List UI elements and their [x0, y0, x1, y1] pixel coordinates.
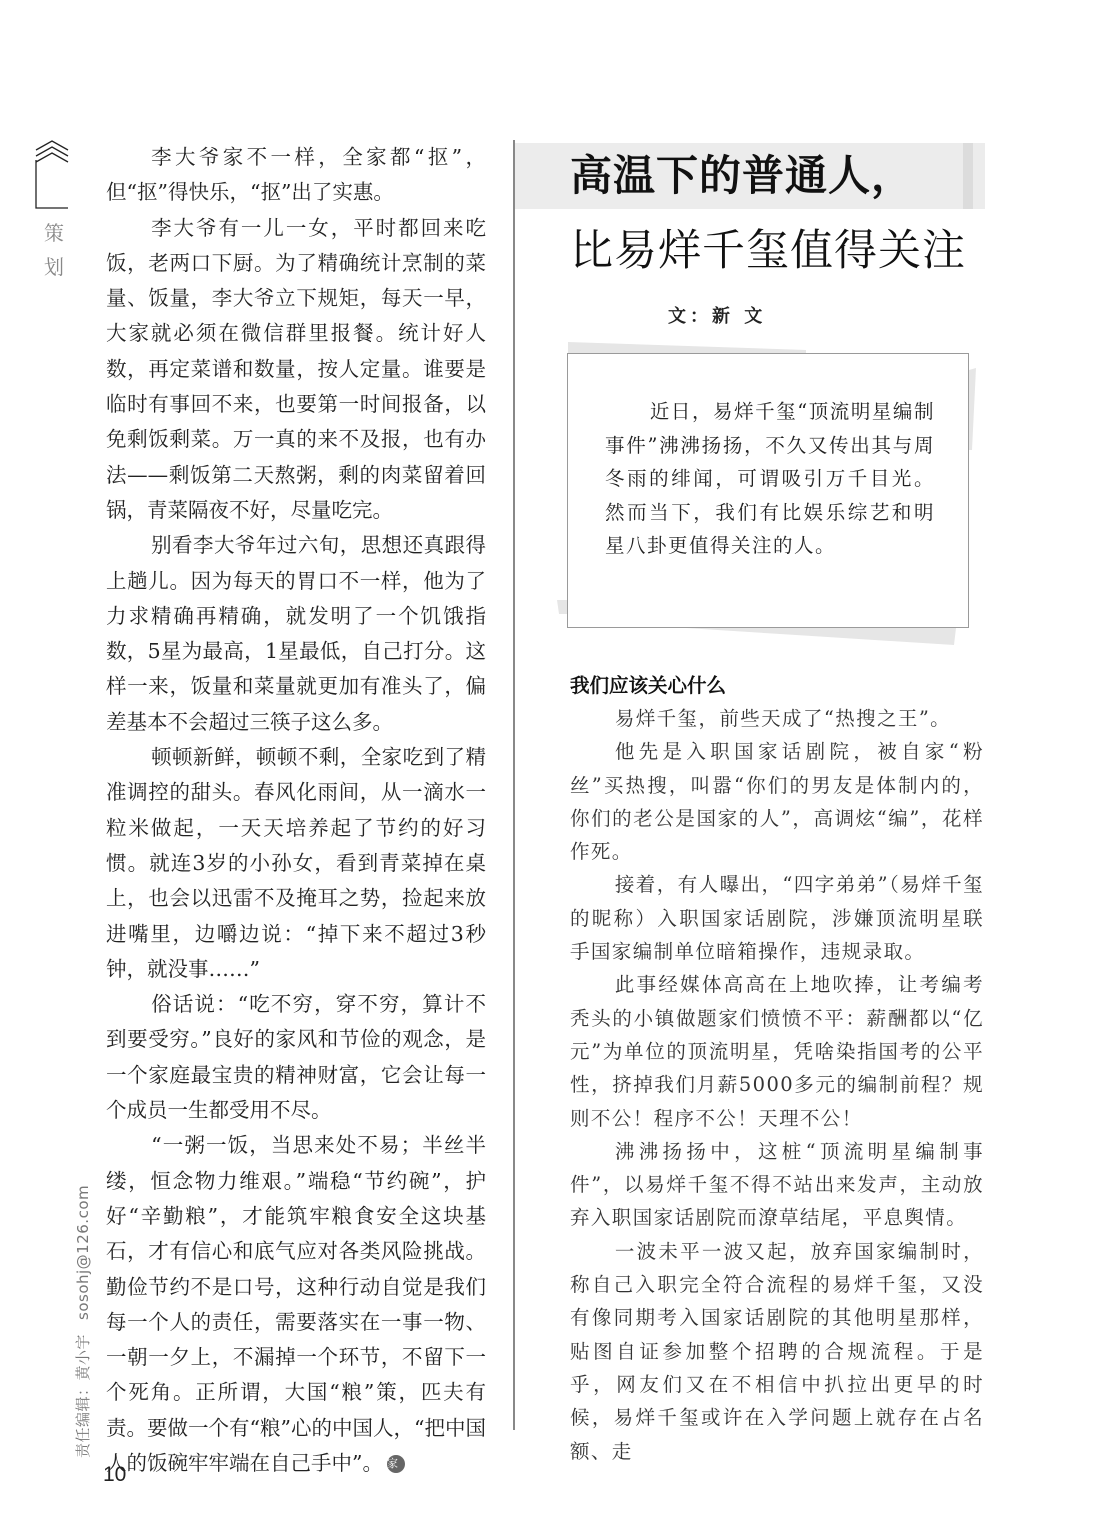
chevron-up-icon — [34, 138, 74, 218]
paragraph: 沸沸扬扬中，这桩“顶流明星编制事件”，以易烊千玺不得不站出来发声，主动放弃入职国… — [570, 1135, 984, 1235]
lead-text: 近日，易烊千玺“顶流明星编制事件”沸沸扬扬，不久又传出其与周冬雨的绯闻，可谓吸引… — [605, 395, 935, 563]
paragraph: 俗话说：“吃不穷，穿不穷，算计不到要受穷。”良好的家风和节俭的观念，是一个家庭最… — [106, 987, 486, 1128]
paragraph-text: “一粥一饭，当思来处不易；半丝半缕，恒念物力维艰。”端稳“节约碗”，护好“辛勤粮… — [106, 1133, 486, 1475]
section-label-char: 策 — [42, 216, 66, 250]
editor-name: 责任编辑：黄小宇 — [74, 1334, 92, 1458]
article-title: 高温下的普通人， — [570, 148, 970, 204]
end-mark-icon: 家 — [387, 1455, 405, 1473]
editor-credit: 责任编辑：黄小宇sosohj@126.com — [72, 1185, 93, 1458]
section-label-char: 划 — [42, 250, 66, 284]
section-heading: 我们应该关心什么 — [570, 670, 726, 698]
paragraph: 易烊千玺，前些天成了“热搜之王”。 — [570, 702, 984, 735]
paragraph: 李大爷家不一样，全家都“抠”，但“抠”得快乐，“抠”出了实惠。 — [106, 140, 486, 211]
paragraph: 此事经媒体高高在上地吹捧，让考编考秃头的小镇做题家们愤愤不平：薪酬都以“亿元”为… — [570, 968, 984, 1134]
paragraph: 一波未平一波又起，放弃国家编制时，称自己入职完全符合流程的易烊千玺，又没有像同期… — [570, 1235, 984, 1468]
column-divider — [513, 140, 515, 1430]
byline: 文：新 文 — [668, 302, 766, 328]
section-label: 策 划 — [42, 216, 66, 284]
editor-email: sosohj@126.com — [74, 1185, 92, 1320]
left-column-article: 李大爷家不一样，全家都“抠”，但“抠”得快乐，“抠”出了实惠。 李大爷有一儿一女… — [106, 140, 486, 1481]
lead-paragraph: 近日，易烊千玺“顶流明星编制事件”沸沸扬扬，不久又传出其与周冬雨的绯闻，可谓吸引… — [605, 395, 935, 563]
article-subtitle: 比易烊千玺值得关注 — [570, 222, 1000, 280]
paragraph: 他先是入职国家话剧院，被自家“粉丝”买热搜，叫嚣“你们的男友是体制内的，你们的老… — [570, 735, 984, 868]
right-column-article: 易烊千玺，前些天成了“热搜之王”。 他先是入职国家话剧院，被自家“粉丝”买热搜，… — [570, 702, 984, 1468]
paragraph: 李大爷有一儿一女，平时都回来吃饭，老两口下厨。为了精确统计烹制的菜量、饭量，李大… — [106, 211, 486, 529]
paragraph: 顿顿新鲜，顿顿不剩，全家吃到了精准调控的甜头。春风化雨间，从一滴水一粒米做起，一… — [106, 740, 486, 987]
paragraph: 接着，有人曝出，“四字弟弟”（易烊千玺的昵称）入职国家话剧院，涉嫌顶流明星联手国… — [570, 868, 984, 968]
paragraph-last: “一粥一饭，当思来处不易；半丝半缕，恒念物力维艰。”端稳“节约碗”，护好“辛勤粮… — [106, 1128, 486, 1481]
paragraph: 别看李大爷年过六旬，思想还真跟得上趟儿。因为每天的胃口不一样，他为了力求精确再精… — [106, 528, 486, 740]
